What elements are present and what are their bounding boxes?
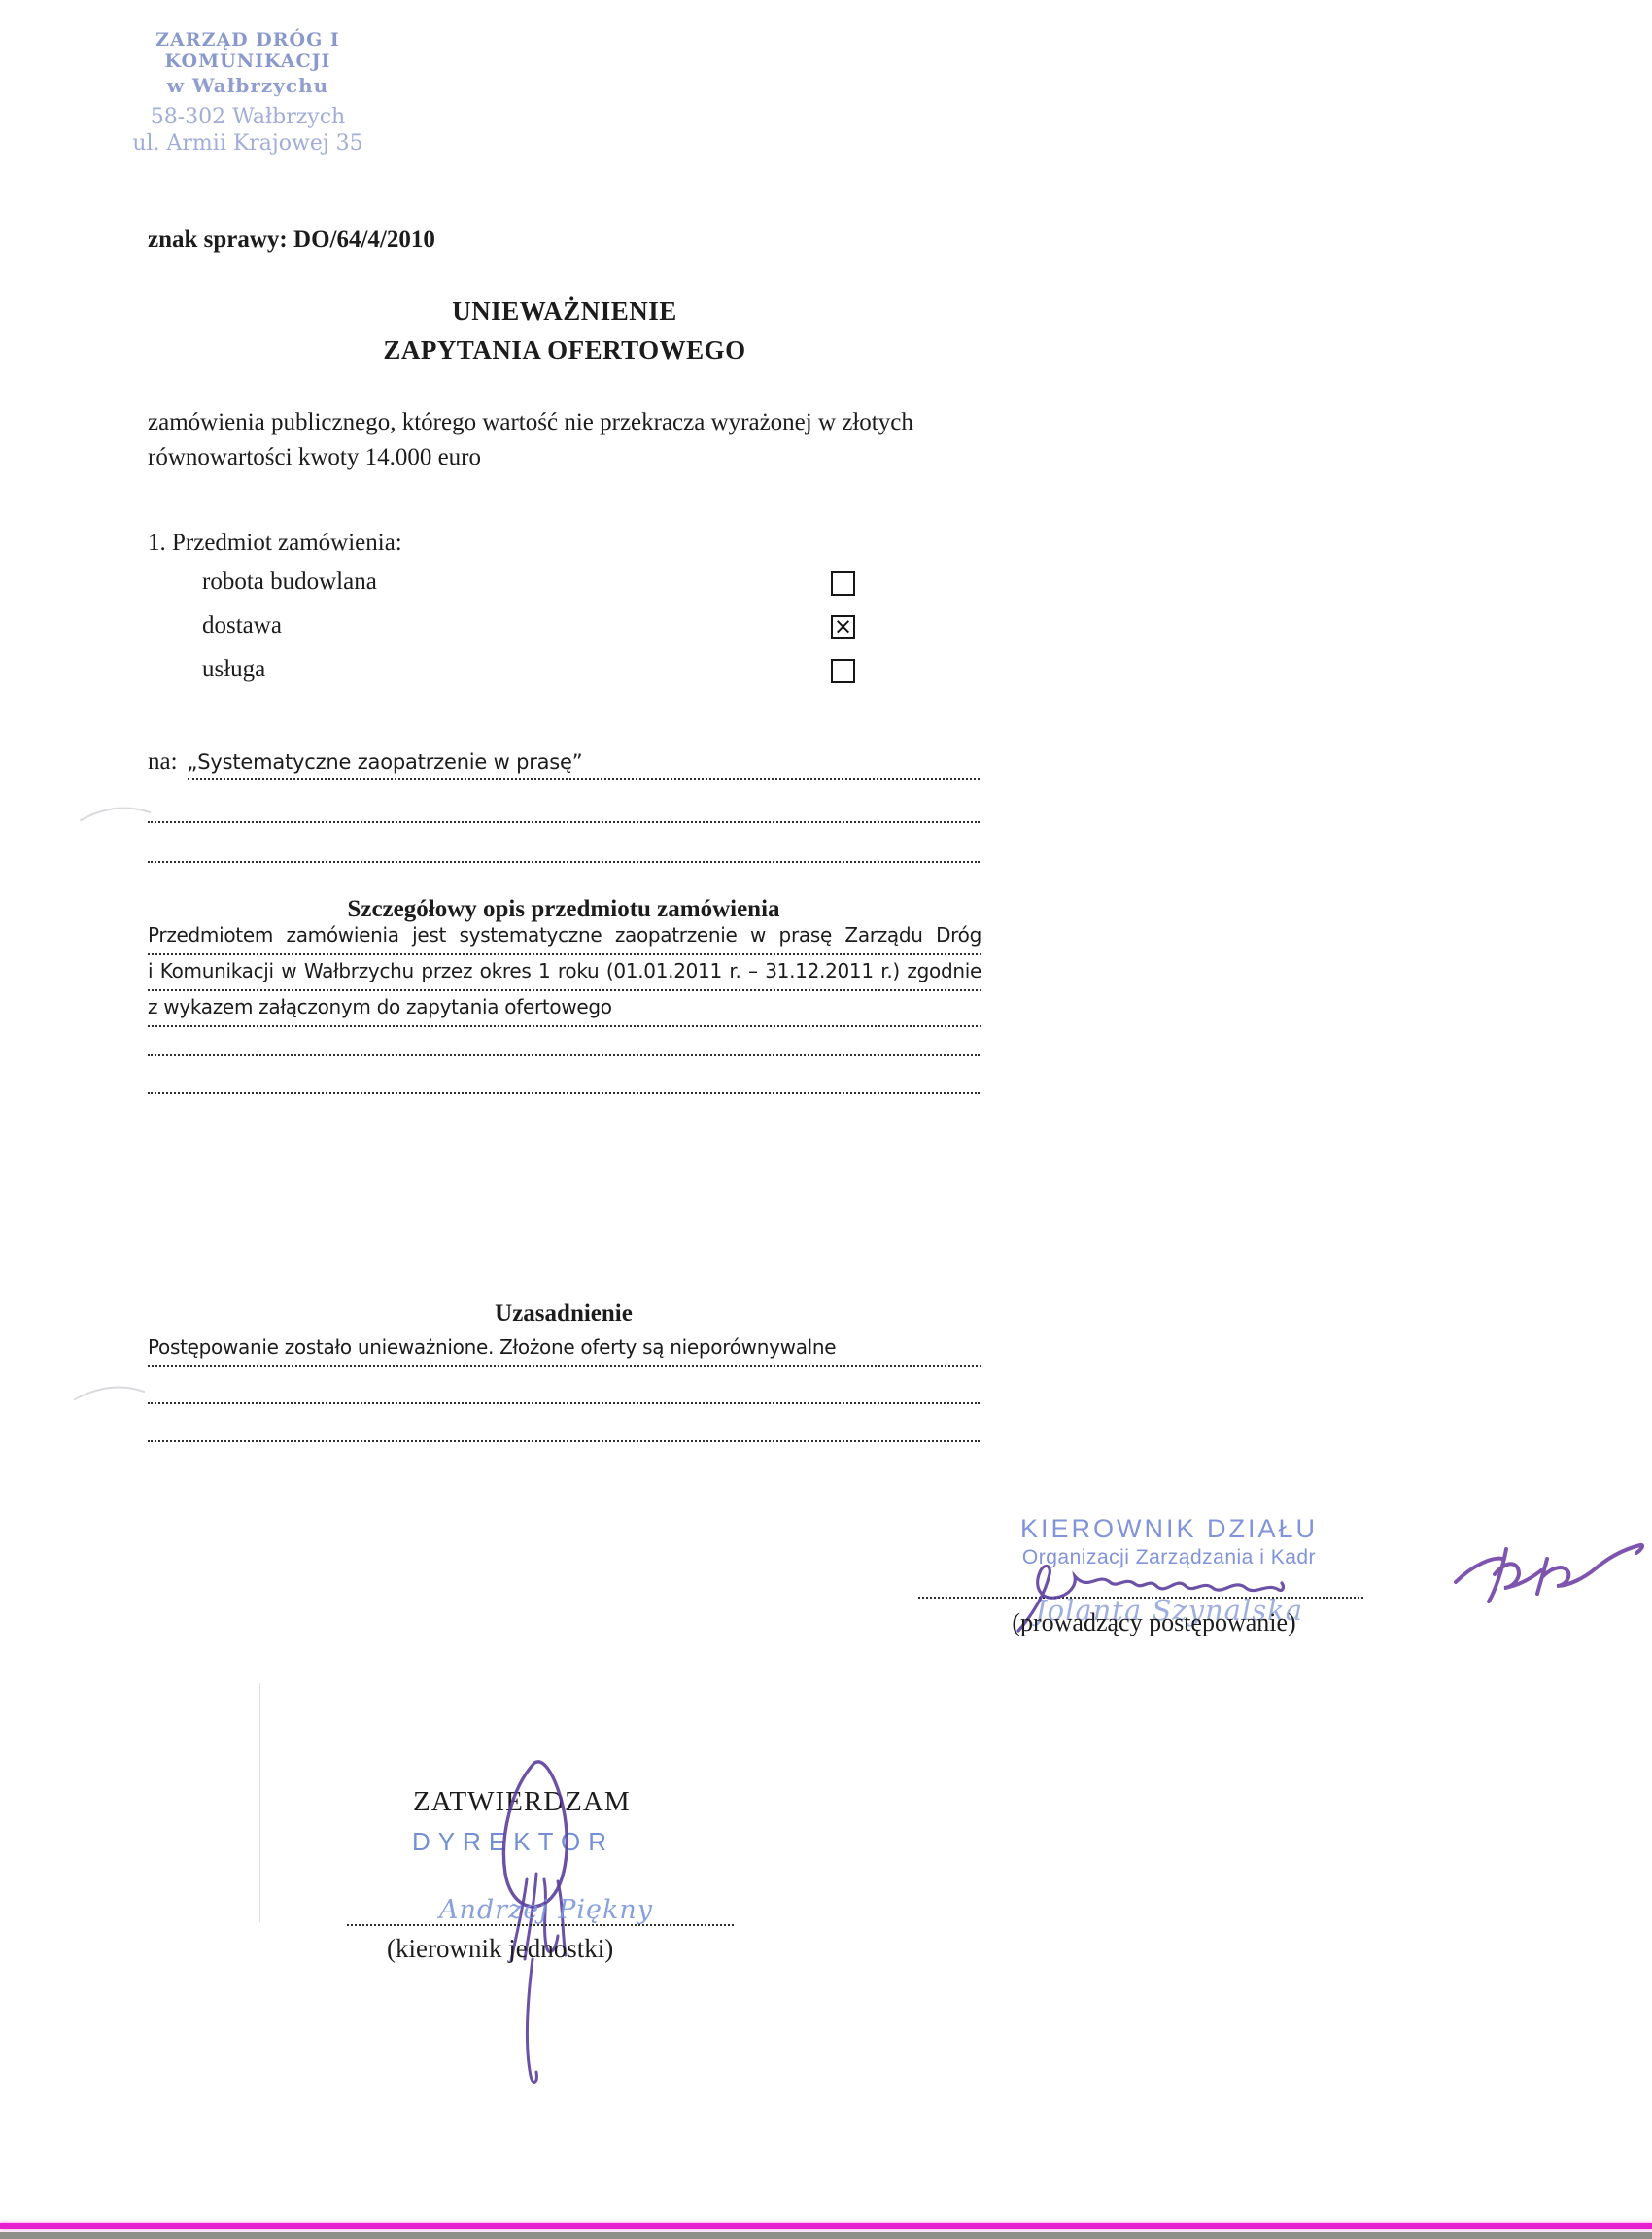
director-stamp-name: Andrzej Piękny [439,1895,653,1925]
sender-stamp-org: ZARZĄD DRÓG I KOMUNIKACJI [92,29,403,72]
order-name-label: na: [148,748,178,775]
details-line: z wykazem załączonym do zapytania oferto… [148,995,981,1027]
details-line: i Komunikacji w Wałbrzychu przez okres 1… [148,959,981,991]
sender-stamp-city: w Wałbrzychu [92,74,403,97]
case-number: znak sprawy: DO/64/4/2010 [148,226,435,254]
checkbox-robota-budowlana [831,571,855,596]
signature-dotted-line [347,1924,734,1926]
scan-artifact-fold-line [259,1683,260,1922]
scan-artifact-arc [72,1372,148,1407]
scan-artifact-arc [78,793,154,828]
dotted-fill-line: „Systematyczne zaopatrzenie w prasę” [188,750,980,780]
sender-stamp: ZARZĄD DRÓG I KOMUNIKACJI w Wałbrzychu 5… [92,29,403,155]
checkbox-dostawa-checked: × [831,615,855,639]
subject-item-row: robota budowlana [0,568,1652,602]
justification-line: Postępowanie zostało unieważnione. Złożo… [148,1335,981,1367]
dotted-blank-line [148,861,980,863]
subject-item-label: usługa [202,656,265,683]
document-title: UNIEWAŻNIENIE ZAPYTANIA OFERTOWEGO [148,292,981,369]
dotted-blank-line [148,821,980,823]
subject-item-row: dostawa × [0,612,1652,645]
details-heading: Szczegółowy opis przedmiotu zamówienia [148,896,980,923]
order-name-value: „Systematyczne zaopatrzenie w prasę” [188,750,583,774]
dotted-blank-line [148,1440,980,1442]
justification-heading: Uzasadnienie [148,1300,980,1327]
scanned-document-page: ZARZĄD DRÓG I KOMUNIKACJI w Wałbrzychu 5… [0,0,1652,2239]
dotted-blank-line [148,1092,980,1094]
head-of-department-stamp-title: KIEROWNIK DZIAŁU [984,1514,1354,1544]
sender-stamp-postal: 58-302 Wałbrzych [92,105,403,129]
subject-section-heading: 1. Przedmiot zamówienia: [148,530,402,557]
scan-edge-magenta-line [0,2223,1652,2229]
order-name-line: na: „Systematyczne zaopatrzenie w prasę” [148,748,980,780]
handwritten-paraph [1450,1535,1649,1613]
subject-item-row: usługa [0,656,1652,689]
subject-item-label: dostawa [202,612,282,639]
details-line: Przedmiotem zamówienia jest systematyczn… [148,923,981,955]
sender-stamp-street: ul. Armii Krajowej 35 [92,131,403,155]
document-title-line1: UNIEWAŻNIENIE [148,292,981,330]
subject-item-label: robota budowlana [202,568,377,596]
checkbox-usluga [831,659,855,683]
document-title-line2: ZAPYTANIA OFERTOWEGO [148,330,981,369]
conducting-caption: (prowadzący postępowanie) [972,1608,1336,1637]
approval-caption: (kierownik jednostki) [387,1934,613,1964]
intro-paragraph: zamówienia publicznego, którego wartość … [148,405,1003,475]
dotted-blank-line [148,1402,980,1404]
scan-edge-gray-strip [0,2232,1652,2239]
dotted-blank-line [148,1054,980,1056]
